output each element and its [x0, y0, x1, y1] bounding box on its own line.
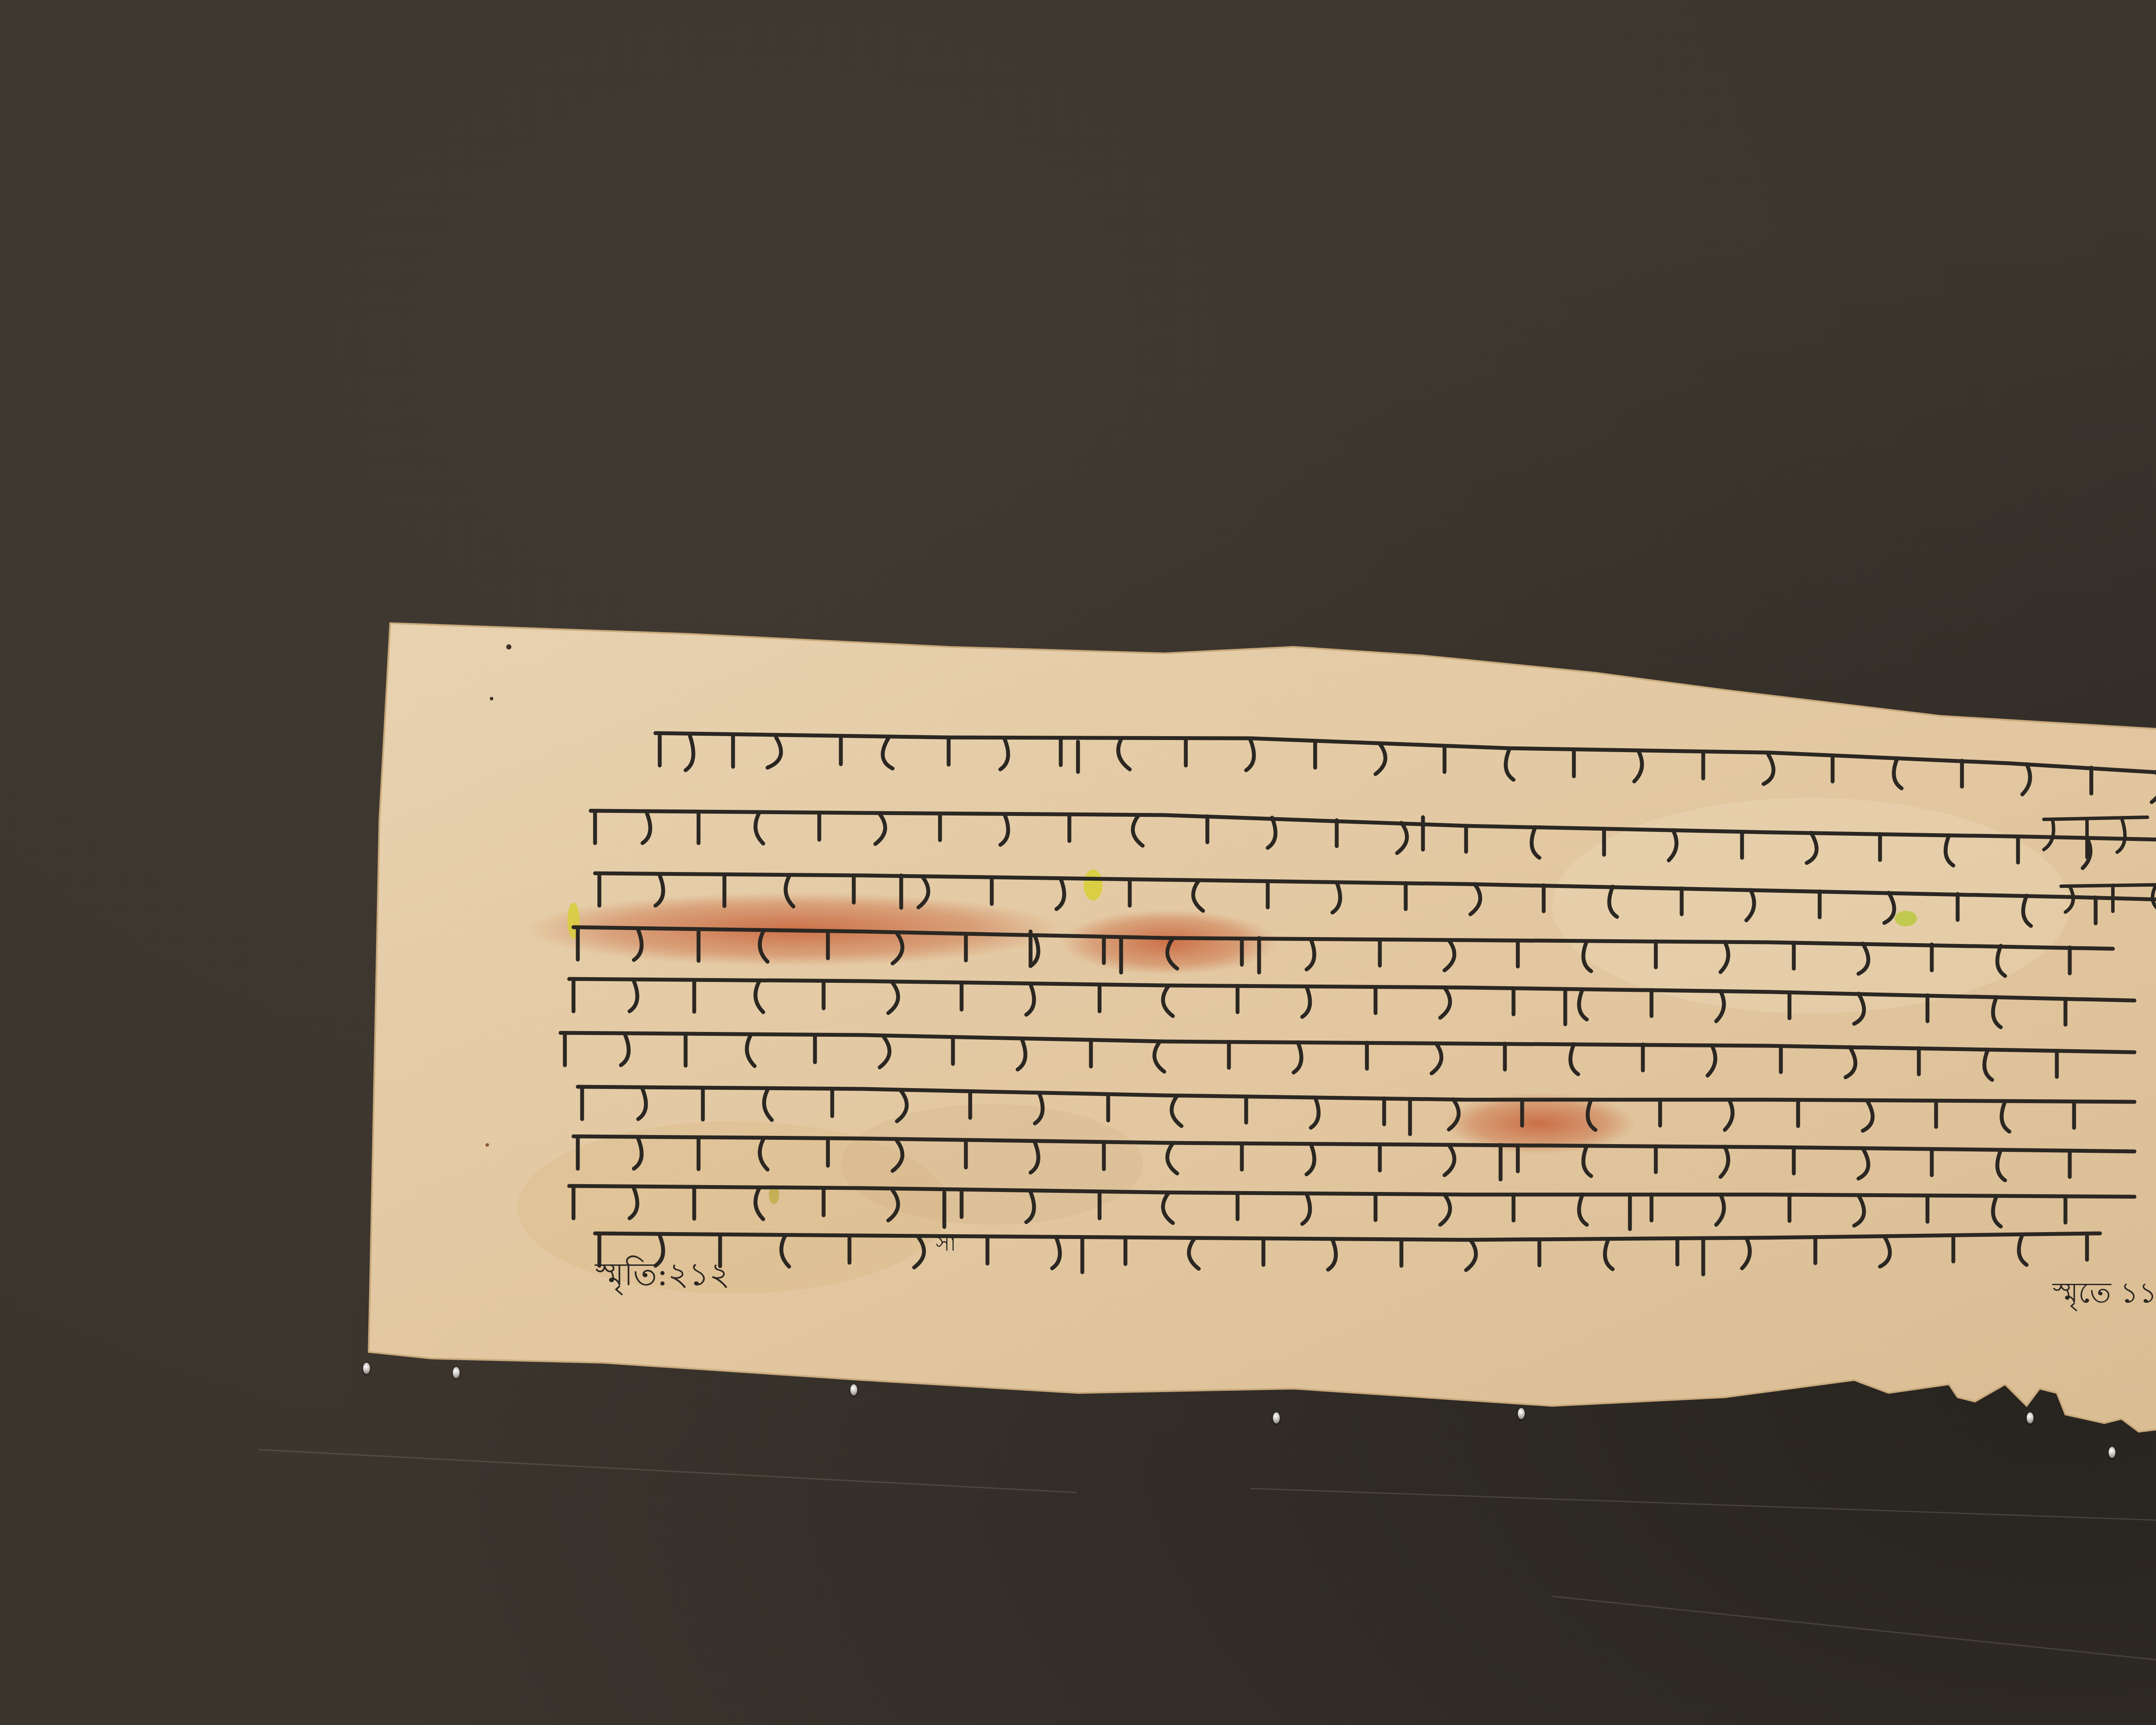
mounting-pin [1518, 1408, 1525, 1419]
manuscript-folio: স্মৃতি:২১২ সা স্মৃতে ১১২ [0, 0, 2156, 1725]
mounting-pin [453, 1367, 460, 1378]
mounting-pin [850, 1384, 857, 1396]
mounting-pin [2027, 1412, 2034, 1424]
folio-label-left: স্মৃতি:২১২ [595, 1255, 730, 1295]
yellow-correction [1895, 911, 1917, 926]
mounting-pin [363, 1363, 370, 1374]
paper-sheet [369, 623, 2156, 1432]
folio-label-center: সা [935, 1231, 957, 1256]
mounting-pin [2109, 1447, 2115, 1458]
mounting-pin [1273, 1412, 1280, 1424]
yellow-correction [1084, 869, 1103, 900]
folio-label-right: স্মৃতে ১১২ [2052, 1276, 2156, 1311]
